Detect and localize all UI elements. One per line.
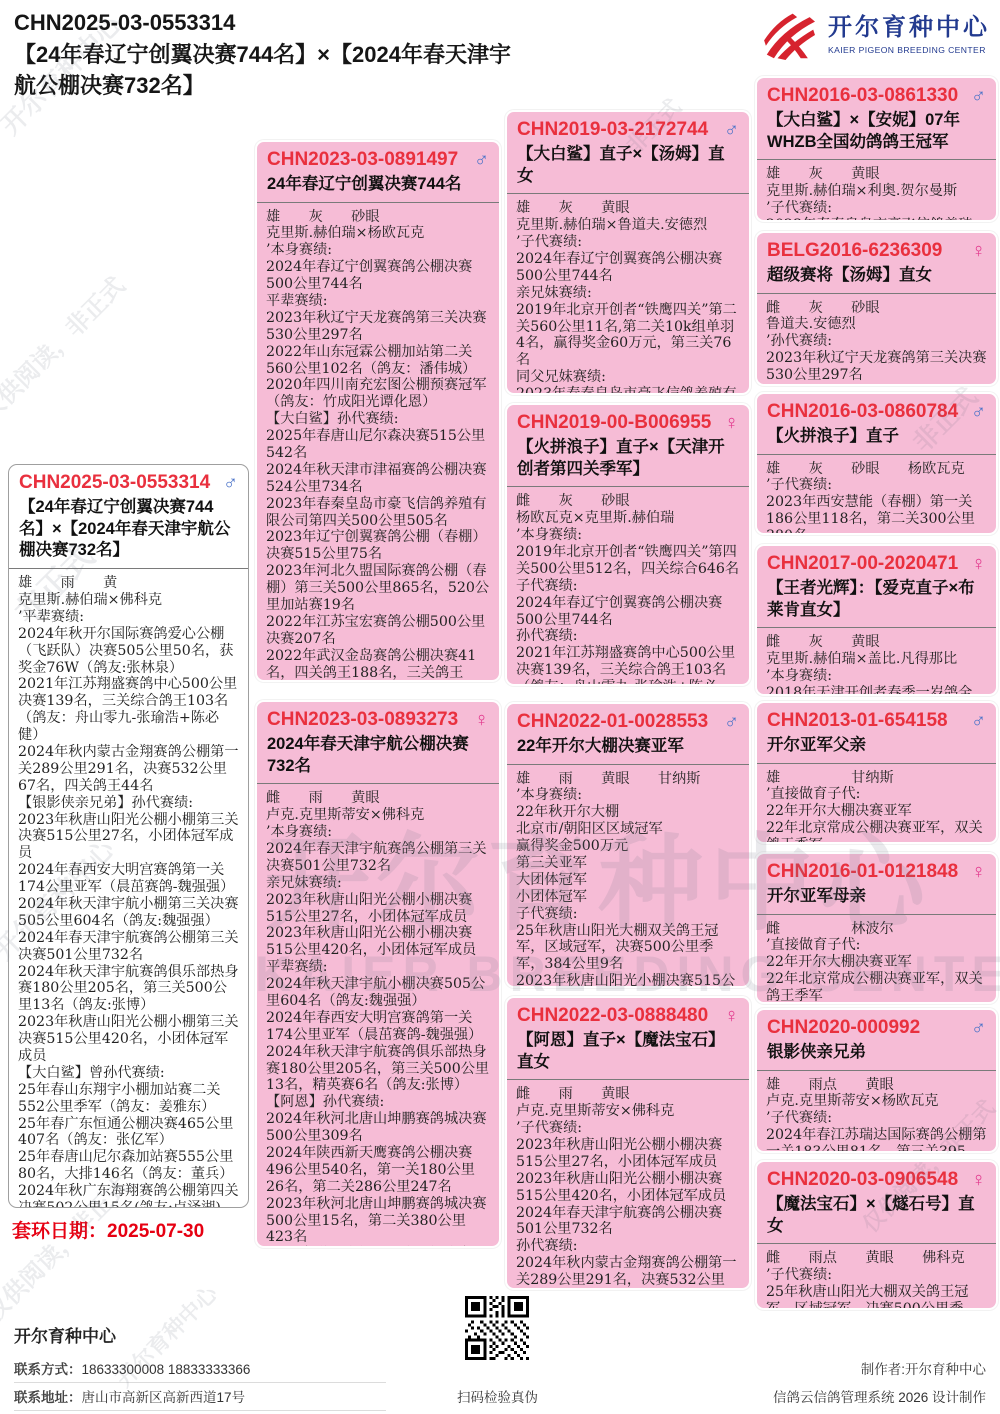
card-head: ♀ CHN2019-00-B006955 【火拼浪子】直子×【天津开创者第四关季…	[507, 405, 749, 487]
footer-system: 信鸽云信鸽管理系统 2026 设计制作	[666, 1386, 986, 1406]
ring-number: CHN2019-03-2172744	[517, 119, 708, 142]
card-ggparent-8: ♀ CHN2020-03-0906548 【魔法宝石】×【燧石号】直女 雌 雨点…	[755, 1160, 998, 1310]
address-value: 唐山市高新区高新西道17号	[82, 1390, 246, 1405]
watermark-text: 仅供阅读，非正式	[0, 267, 131, 428]
pedigree-page: CHN2025-03-0553314 【24年春辽宁创翼决赛744名】×【202…	[0, 0, 1000, 1414]
card-title: 【王者光辉】：【爱克直子×布莱肯直女】	[767, 578, 986, 622]
card-title: 【火拼浪子】直子×【天津开创者第四关季军】	[517, 437, 739, 481]
card-body: 雌 雨点 黄眼 佛科克 ’子代赛绩: 25年秋唐山阳光大棚双关鸽王冠军，区域冠军…	[757, 1244, 996, 1310]
ring-number: CHN2020-000992	[767, 1017, 920, 1040]
card-head: ♂ CHN2022-01-0028553 22年开尔大棚决赛亚军	[507, 704, 749, 765]
ring-number: CHN2013-01-654158	[767, 710, 948, 733]
card-title: 2024年春天津宇航公棚决赛732名	[267, 734, 489, 778]
male-icon: ♂	[971, 402, 986, 422]
page-title: 【24年春辽宁创翼决赛744名】×【2024年春天津宇航公棚决赛732名】	[14, 39, 514, 101]
female-icon: ♀	[474, 710, 489, 730]
male-icon: ♂	[971, 86, 986, 106]
page-header: CHN2025-03-0553314 【24年春辽宁创翼决赛744名】×【202…	[14, 8, 514, 101]
card-ggparent-2: ♀ BELG2016-6236309 超级赛将【汤姆】直女 雌 灰 砂眼 鲁道夫…	[755, 231, 998, 386]
card-title: 【火拼浪子】直子	[767, 426, 986, 448]
card-body: 雌 林波尔 ’直接做育子代: 22年开尔大棚决赛亚军 22年北京常成公棚决赛亚军…	[757, 915, 996, 1004]
male-icon: ♂	[971, 711, 986, 731]
logo-text: 开尔育种中心 KAIER PIGEON BREEDING CENTER	[828, 15, 990, 54]
card-body: 雄 雨点 黄眼 卢克.克里斯蒂安×杨欧瓦克 ’子代赛绩: 2024年春江苏瑞达国…	[757, 1071, 996, 1153]
ring-number: CHN2025-03-0553314	[19, 472, 210, 495]
card-title: 【大白鲨】直子×【汤姆】直女	[517, 144, 739, 188]
ring-date: 套环日期：2025-07-30	[12, 1216, 204, 1243]
card-grandsire-maternal: ♂ CHN2022-01-0028553 22年开尔大棚决赛亚军 雄 雨 黄眼 …	[505, 702, 751, 988]
ring-number: CHN2017-00-2020471	[767, 553, 958, 576]
card-head: ♂ CHN2025-03-0553314 【24年春辽宁创翼决赛744名】×【2…	[9, 465, 248, 569]
ring-number: CHN2016-01-0121848	[767, 861, 958, 884]
card-granddam-paternal: ♀ CHN2019-00-B006955 【火拼浪子】直子×【天津开创者第四关季…	[505, 403, 751, 686]
card-body: 雄 雨 黄眼 甘纳斯 ’本身赛绩: 22年秋开尔大棚 北京市/朝阳区区域冠军 赢…	[507, 765, 749, 988]
card-body: 雌 灰 黄眼 克里斯.赫伯瑞×盖比.凡得那比 ’本身赛绩: 2018年天津开创者…	[757, 628, 996, 696]
card-head: ♂ CHN2016-03-0861330 【大白鲨】×【安妮】07年WHZB全国…	[757, 78, 996, 160]
card-head: ♂ CHN2019-03-2172744 【大白鲨】直子×【汤姆】直女	[507, 112, 749, 194]
card-title: 【阿恩】直子×【魔法宝石】直女	[517, 1030, 739, 1074]
card-ggparent-7: ♂ CHN2020-000992 银影侠亲兄弟 雄 雨点 黄眼 卢克.克里斯蒂安…	[755, 1008, 998, 1153]
logo-en-label: KAIER PIGEON BREEDING CENTER	[828, 45, 990, 55]
address-label: 联系地址：	[14, 1390, 82, 1405]
card-head: ♀ BELG2016-6236309 超级赛将【汤姆】直女	[757, 233, 996, 294]
male-icon: ♂	[724, 120, 739, 140]
footer-address-row: 联系地址：唐山市高新区高新西道17号	[14, 1386, 386, 1411]
female-icon: ♀	[971, 241, 986, 261]
footer-maker: 制作者:开尔育种中心	[666, 1358, 986, 1378]
card-head: ♂ CHN2023-03-0891497 24年春辽宁创翼决赛744名	[257, 142, 499, 203]
ring-number: CHN2022-01-0028553	[517, 711, 708, 734]
ring-number: CHN2022-03-0888480	[517, 1005, 708, 1028]
female-icon: ♀	[971, 554, 986, 574]
male-icon: ♂	[724, 712, 739, 732]
female-icon: ♀	[971, 862, 986, 882]
card-title: 【魔法宝石】×【燧石号】直女	[767, 1194, 986, 1238]
ring-number: BELG2016-6236309	[767, 240, 942, 263]
card-body: 雌 雨 黄眼 卢克.克里斯蒂安×佛科克 ’子代赛绩: 2023年秋唐山阳光公棚小…	[507, 1080, 749, 1290]
card-subject: ♂ CHN2025-03-0553314 【24年春辽宁创翼决赛744名】×【2…	[8, 464, 249, 1208]
ring-number: CHN2019-00-B006955	[517, 412, 711, 435]
male-icon: ♂	[223, 473, 238, 493]
card-grandsire-paternal: ♂ CHN2019-03-2172744 【大白鲨】直子×【汤姆】直女 雄 灰 …	[505, 110, 751, 395]
card-dam: ♀ CHN2023-03-0893273 2024年春天津宇航公棚决赛732名 …	[255, 700, 501, 1248]
card-head: ♀ CHN2017-00-2020471 【王者光辉】：【爱克直子×布莱肯直女】	[757, 546, 996, 628]
card-ggparent-5: ♂ CHN2013-01-654158 开尔亚军父亲 雄 甘纳斯 ’直接做育子代…	[755, 701, 998, 844]
card-body: 雄 灰 砂眼 杨欧瓦克 ’子代赛绩: 2023年西安慧能（春棚）第一关186公里…	[757, 455, 996, 535]
female-icon: ♀	[971, 1170, 986, 1190]
card-body: 雄 灰 砂眼 克里斯.赫伯瑞×杨欧瓦克 ’本身赛绩: 2024年春辽宁创翼赛鸽公…	[257, 203, 499, 682]
card-title: 银影侠亲兄弟	[767, 1042, 986, 1064]
ring-number: CHN2020-03-0906548	[767, 1169, 958, 1192]
ring-number: CHN2016-03-0860784	[767, 401, 958, 424]
card-head: ♂ CHN2016-03-0860784 【火拼浪子】直子	[757, 394, 996, 455]
card-title: 22年开尔大棚决赛亚军	[517, 736, 739, 758]
card-body: 雌 灰 砂眼 杨欧瓦克×克里斯.赫伯瑞 ’本身赛绩: 2019年北京开创者“铁鹰…	[507, 487, 749, 686]
card-title: 【大白鲨】×【安妮】07年WHZB全国幼鸽鸽王冠军	[767, 110, 986, 154]
contact-value: 18633300008 18833333366	[82, 1362, 251, 1377]
header-ring-number: CHN2025-03-0553314	[14, 8, 514, 39]
card-granddam-maternal: ♀ CHN2022-03-0888480 【阿恩】直子×【魔法宝石】直女 雌 雨…	[505, 996, 751, 1290]
male-icon: ♂	[971, 1018, 986, 1038]
card-title: 24年春辽宁创翼决赛744名	[267, 174, 489, 196]
card-title: 【24年春辽宁创翼决赛744名】×【2024年春天津宇航公棚决赛732名】	[19, 497, 238, 562]
brand-logo: 开尔育种中心 KAIER PIGEON BREEDING CENTER	[761, 10, 990, 60]
ring-number: CHN2023-03-0893273	[267, 709, 458, 732]
card-title: 超级赛将【汤姆】直女	[767, 265, 986, 287]
card-head: ♂ CHN2020-000992 银影侠亲兄弟	[757, 1010, 996, 1071]
card-body: 雄 雨 黄 克里斯.赫伯瑞×佛科克 ’平辈赛绩: 2024年秋开尔国际赛鸽爱心公…	[9, 569, 248, 1208]
logo-cn-label: 开尔育种中心	[828, 15, 990, 41]
card-body: 雄 灰 黄眼 克里斯.赫伯瑞×鲁道夫.安德烈 ’子代赛绩: 2024年春辽宁创翼…	[507, 194, 749, 395]
card-title: 开尔亚军父亲	[767, 735, 986, 757]
card-head: ♂ CHN2013-01-654158 开尔亚军父亲	[757, 703, 996, 764]
contact-label: 联系方式：	[14, 1362, 82, 1377]
card-ggparent-1: ♂ CHN2016-03-0861330 【大白鲨】×【安妮】07年WHZB全国…	[755, 76, 998, 222]
card-ggparent-6: ♀ CHN2016-01-0121848 开尔亚军母亲 雌 林波尔 ’直接做育子…	[755, 852, 998, 1004]
card-body: 雌 灰 砂眼 鲁道夫.安德烈 ’孙代赛绩: 2023年秋辽宁天龙赛鸽第三关决赛5…	[757, 294, 996, 386]
female-icon: ♀	[724, 413, 739, 433]
card-ggparent-3: ♂ CHN2016-03-0860784 【火拼浪子】直子 雄 灰 砂眼 杨欧瓦…	[755, 392, 998, 535]
card-ggparent-4: ♀ CHN2017-00-2020471 【王者光辉】：【爱克直子×布莱肯直女】…	[755, 544, 998, 696]
card-head: ♀ CHN2022-03-0888480 【阿恩】直子×【魔法宝石】直女	[507, 998, 749, 1080]
footer-contact-row: 联系方式：18633300008 18833333366	[14, 1358, 386, 1383]
card-head: ♀ CHN2023-03-0893273 2024年春天津宇航公棚决赛732名	[257, 702, 499, 784]
female-icon: ♀	[724, 1006, 739, 1026]
card-head: ♀ CHN2016-01-0121848 开尔亚军母亲	[757, 854, 996, 915]
qr-code	[465, 1296, 529, 1360]
footer-company-name: 开尔育种中心	[14, 1322, 116, 1347]
kaier-logo-icon	[761, 10, 819, 60]
card-body: 雌 雨 黄眼 卢克.克里斯蒂安×佛科克 ’本身赛绩: 2024年春天津宇航赛鸽公…	[257, 784, 499, 1248]
card-sire: ♂ CHN2023-03-0891497 24年春辽宁创翼决赛744名 雄 灰 …	[255, 140, 501, 682]
male-icon: ♂	[474, 150, 489, 170]
card-title: 开尔亚军母亲	[767, 886, 986, 908]
card-body: 雄 甘纳斯 ’直接做育子代: 22年开尔大棚决赛亚军 22年北京常成公棚决赛亚军…	[757, 764, 996, 844]
qr-caption: 扫码检验真伪	[445, 1386, 550, 1406]
card-head: ♀ CHN2020-03-0906548 【魔法宝石】×【燧石号】直女	[757, 1162, 996, 1244]
ring-number: CHN2023-03-0891497	[267, 149, 458, 172]
card-body: 雄 灰 黄眼 克里斯.赫伯瑞×利奥.贺尔曼斯 ’子代赛绩: 2023年春秦皇岛市…	[757, 160, 996, 222]
ring-number: CHN2016-03-0861330	[767, 85, 958, 108]
